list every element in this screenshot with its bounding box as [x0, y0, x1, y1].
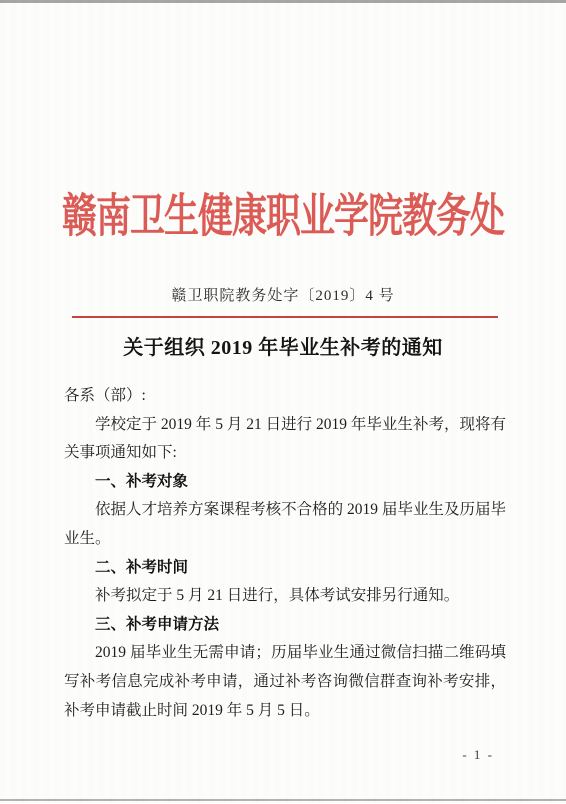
salutation: 各系（部）:: [64, 382, 506, 411]
section-1-heading: 一、补考对象: [64, 468, 506, 497]
notice-body: 各系（部）: 学校定于 2019 年 5 月 21 日进行 2019 年毕业生补…: [64, 382, 506, 725]
scanned-document-page: 赣南卫生健康职业学院教务处 赣卫职院教务处字〔2019〕4 号 关于组织 201…: [0, 0, 566, 804]
page-number: - 1 -: [462, 747, 494, 763]
scan-top-edge: [0, 0, 566, 3]
section-2-heading: 二、补考时间: [64, 554, 506, 583]
document-number: 赣卫职院教务处字〔2019〕4 号: [0, 284, 566, 305]
notice-title: 关于组织 2019 年毕业生补考的通知: [0, 331, 566, 360]
section-3-heading: 三、补考申请方法: [64, 611, 506, 640]
section-1-body: 依据人才培养方案课程考核不合格的 2019 届毕业生及历届毕业生。: [64, 496, 506, 553]
letterhead-divider-line: [72, 316, 498, 318]
letterhead-org-title: 赣南卫生健康职业学院教务处: [0, 176, 566, 258]
section-3-body: 2019 届毕业生无需申请；历届毕业生通过微信扫描二维码填写补考信息完成补考申请…: [64, 639, 506, 725]
section-2-body: 补考拟定于 5 月 21 日进行，具体考试安排另行通知。: [64, 582, 506, 611]
intro-paragraph: 学校定于 2019 年 5 月 21 日进行 2019 年毕业生补考，现将有关事…: [64, 411, 506, 468]
scan-bottom-edge: [0, 799, 566, 801]
